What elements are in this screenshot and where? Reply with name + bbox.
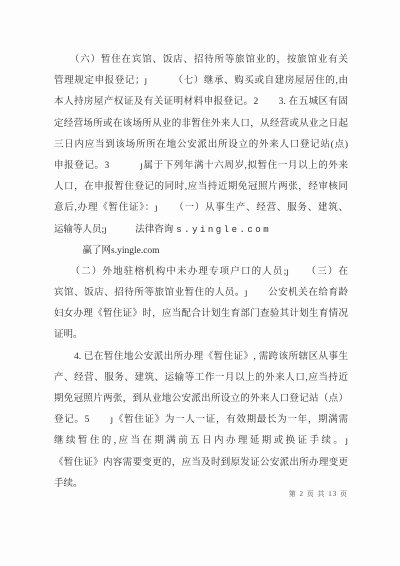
doc-line: （二）外地驻榕机构中未办理专项户口的人员;ȷ （三）在 <box>54 262 348 283</box>
doc-line: 意后,办理《暂住证》：ȷ （一）从事生产、经营、服务、建筑、 <box>54 198 348 219</box>
document-text: （六）暂住在宾馆、饭店、招待所等旅馆业的，按旅馆业有关 管理规定申报登记；ȷ （… <box>54 50 348 495</box>
doc-line: 人口，在申报暂住登记的同时,应当持近期免冠照片两张，经审核同 <box>54 177 348 198</box>
doc-line: 本人持房屋产权证及有关证明材料申报登记。2 3. 在五城区有固 <box>54 92 348 113</box>
doc-line: 登记。5 ȷ《暂住证》为一人一证，有效期最长为一年，期满需 <box>54 410 348 431</box>
doc-line: 妇女办理《暂住证》时，应当配合计划生育部门查验其计划生育情况 <box>54 304 348 325</box>
doc-line: 期免冠照片两张，到从业地公安派出所设立的外来人口登记站（点） <box>54 389 348 410</box>
doc-line-text: 运输等人员;ȷ 法律咨询 <box>54 225 173 235</box>
doc-line: 管理规定申报登记；ȷ （七）继承、购买或自建房屋居住的,由 <box>54 71 348 92</box>
doc-line: 运输等人员;ȷ 法律咨询s.yingle.com <box>54 220 348 241</box>
doc-line: （六）暂住在宾馆、饭店、招待所等旅馆业的，按旅馆业有关 <box>54 50 348 71</box>
doc-line: 宾馆、饭店、招待所等旅馆业暂住的人员。ȷ 公安机关在给育龄 <box>54 283 348 304</box>
doc-line: 三日内应当到该场所所在地公安派出所设立的外来人口登记站(点) <box>54 135 348 156</box>
document-page: （六）暂住在宾馆、饭店、招待所等旅馆业的，按旅馆业有关 管理规定申报登记；ȷ （… <box>0 0 400 566</box>
doc-line: 继续暂住的,应当在期满前五日内办理延期或换证手续。ȷ <box>54 431 348 452</box>
doc-line: 申报登记。3 ȷ属于下列年满十六周岁,拟暂住一月以上的外来 <box>54 156 348 177</box>
yingle-watermark-line: 赢了网s.yingle.com <box>54 241 348 262</box>
doc-line: 定经营场所或在该场所从业的非暂住外来人口，从经营或从业之日起 <box>54 114 348 135</box>
doc-line: 证明。 <box>54 325 348 346</box>
page-footer: 第 2 页 共 13 页 <box>54 489 348 499</box>
doc-line: 《暂住证》内容需要变更的，应当及时到原发证公安派出所办理变更 <box>54 453 348 474</box>
legal-consult-url: s.yingle.com <box>176 225 271 235</box>
doc-line: 4. 已在暂住地公安派出所办理《暂住证》, 需跨该所辖区从事生 <box>54 347 348 368</box>
doc-line: 产、经营、服务、建筑、运输等工作一月以上的外来人口,应当持近 <box>54 368 348 389</box>
